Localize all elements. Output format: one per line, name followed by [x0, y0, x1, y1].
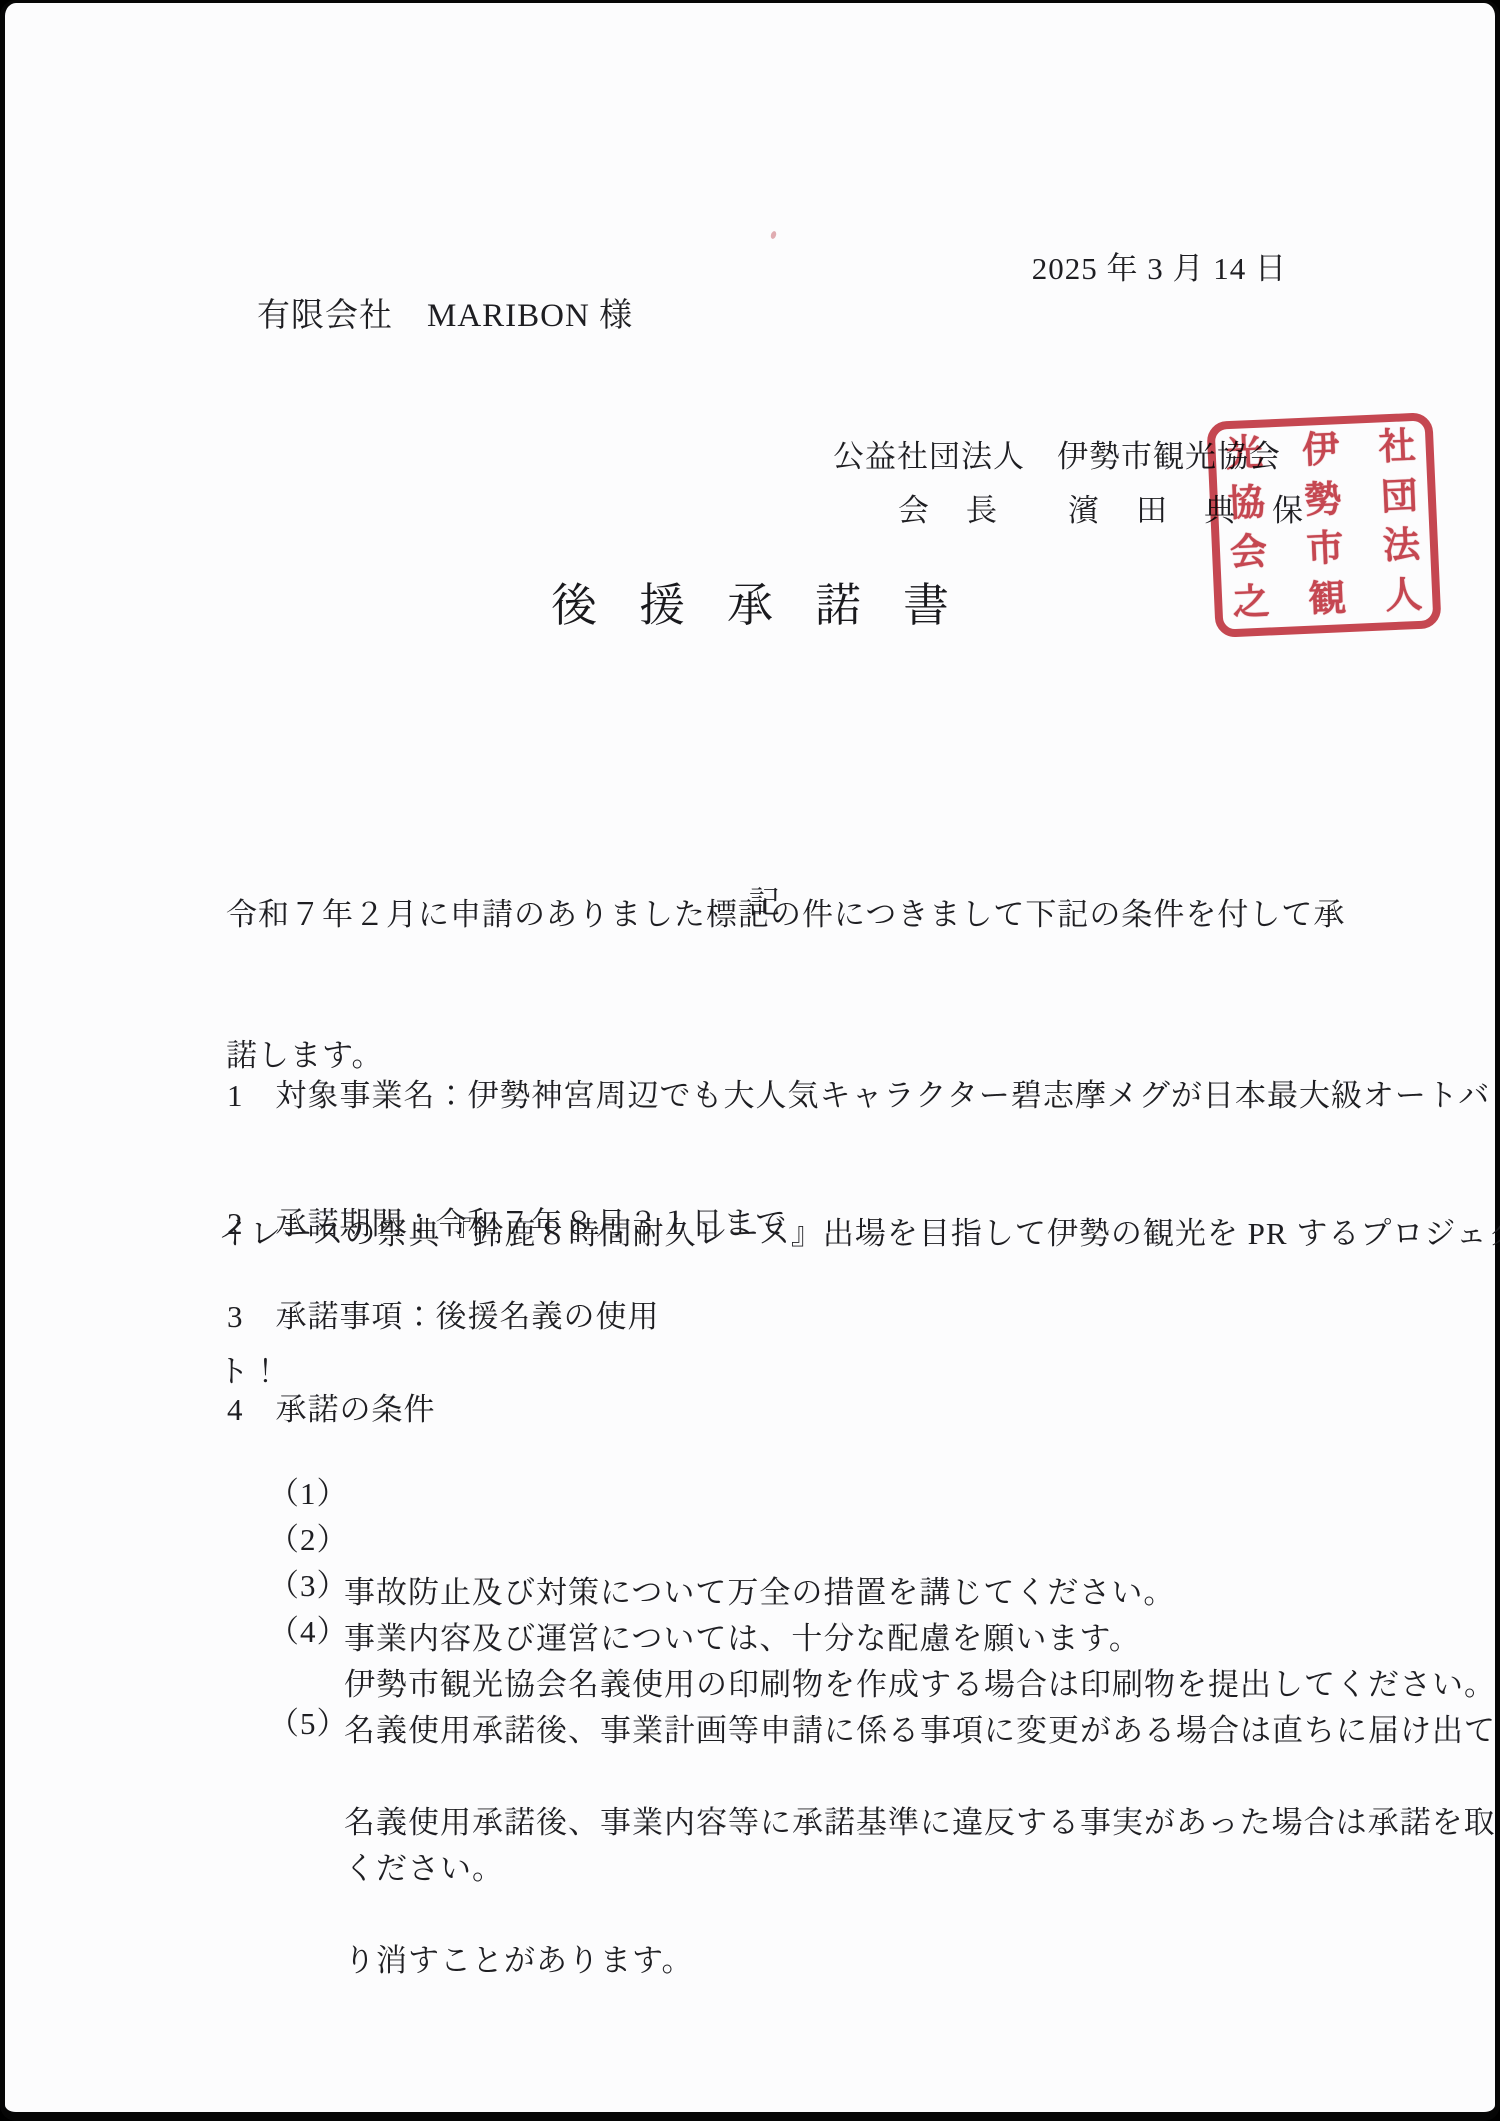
condition-3-marker: （3）	[268, 1570, 349, 1601]
seal-character: 伊	[1301, 431, 1340, 470]
seal-character: 協	[1227, 484, 1266, 523]
item-4-conditions-heading: 4 承諾の条件	[227, 1394, 436, 1425]
page: 2025 年 3 月 14 日 有限会社 MARIBON 様 公益社団法人 伊勢…	[0, 0, 1500, 2121]
seal-character: 光	[1225, 435, 1264, 474]
condition-5-text: 名義使用承諾後、事業内容等に承諾基準に違反する事実があった場合は承諾を取 り消す…	[344, 1708, 1496, 2076]
scanned-letter: 2025 年 3 月 14 日 有限会社 MARIBON 様 公益社団法人 伊勢…	[0, 0, 1500, 2121]
condition-4-marker: （4）	[268, 1616, 349, 1647]
condition-2-marker: （2）	[268, 1524, 349, 1555]
date: 2025 年 3 月 14 日	[1032, 253, 1287, 284]
item-1-line: 1 対象事業名：伊勢神宮周辺でも大人気キャラクター碧志摩メグが日本最大級オートバ	[227, 1073, 1500, 1119]
condition-line: り消すことがあります。	[344, 1938, 1496, 1984]
ink-speck	[770, 230, 777, 239]
addressee: 有限会社 MARIBON 様	[257, 300, 633, 333]
item-1-line: ト！	[218, 1349, 1500, 1395]
condition-5-marker: （5）	[268, 1708, 349, 1739]
condition-line: 名義使用承諾後、事業内容等に承諾基準に違反する事実があった場合は承諾を取	[344, 1800, 1496, 1846]
document-title: 後援承諾書	[5, 583, 1495, 629]
seal-character: 会	[1229, 534, 1268, 573]
seal-character: 法	[1382, 527, 1421, 566]
item-3-approved-matter: 3 承諾事項：後援名義の使用	[227, 1301, 660, 1332]
seal-character: 社	[1378, 428, 1417, 467]
item-2-approval-period: 2 承諾期間：令和７年８月３１日まで	[227, 1208, 788, 1239]
seal-character: 団	[1380, 478, 1419, 517]
seal-character: 勢	[1304, 481, 1343, 520]
ki-heading: 記	[5, 887, 1495, 918]
condition-1-marker: （1）	[268, 1478, 349, 1509]
seal-character: 市	[1306, 530, 1345, 569]
